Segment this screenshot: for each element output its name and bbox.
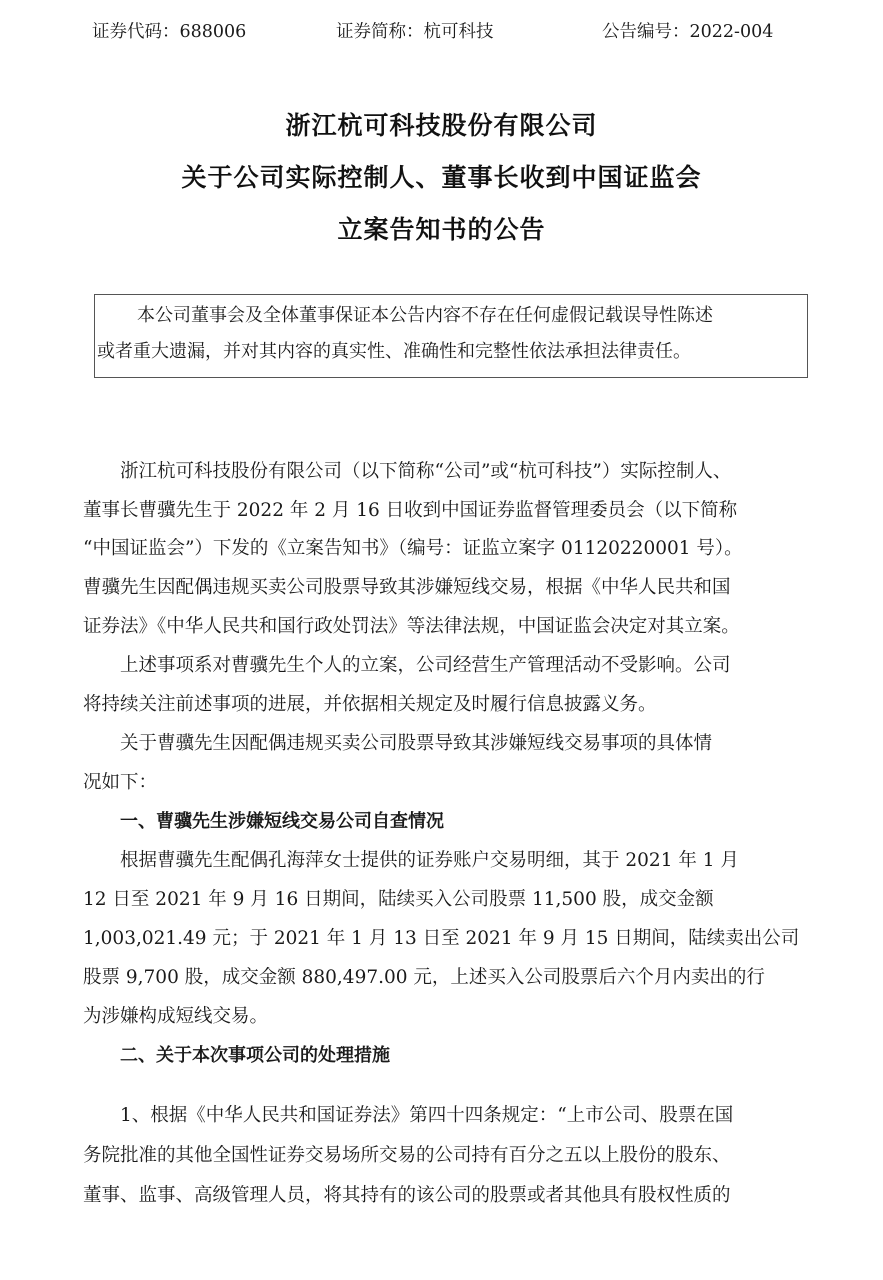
body-line: 股票 9,700 股，成交金额 880,497.00 元，上述买入公司股票后六个…	[83, 962, 765, 994]
section-heading-2: 二、关于本次事项公司的处理措施	[120, 1040, 390, 1072]
body-line: 根据曹骥先生配偶孔海萍女士提供的证券账户交易明细，其于 2021 年 1 月	[120, 845, 739, 877]
title-line-2: 关于公司实际控制人、董事长收到中国证监会	[0, 161, 883, 195]
body-line: 曹骥先生因配偶违规买卖公司股票导致其涉嫌短线交易，根据《中华人民共和国	[83, 572, 731, 604]
body-line: 上述事项系对曹骥先生个人的立案，公司经营生产管理活动不受影响。公司	[120, 650, 731, 682]
title-line-1: 浙江杭可科技股份有限公司	[0, 109, 883, 143]
title-line-3: 立案告知书的公告	[0, 213, 883, 247]
body-line: 董事、监事、高级管理人员，将其持有的该公司的股票或者其他具有股权性质的	[83, 1180, 731, 1212]
body-line: 1、根据《中华人民共和国证券法》第四十四条规定：“上市公司、股票在国	[120, 1100, 733, 1132]
body-line: 1,003,021.49 元；于 2021 年 1 月 13 日至 2021 年…	[83, 923, 799, 955]
stock-code: 证券代码：688006	[92, 17, 246, 47]
body-line: 董事长曹骥先生于 2022 年 2 月 16 日收到中国证券监督管理委员会（以下…	[83, 495, 737, 527]
disclaimer-line-1: 本公司董事会及全体董事保证本公告内容不存在任何虚假记载误导性陈述	[137, 299, 713, 333]
section-heading-1: 一、曹骥先生涉嫌短线交易公司自查情况	[120, 806, 444, 838]
body-line: 关于曹骥先生因配偶违规买卖公司股票导致其涉嫌短线交易事项的具体情	[120, 728, 712, 760]
stock-abbreviation: 证券简称：杭可科技	[336, 17, 494, 47]
body-line: “中国证监会”）下发的《立案告知书》（编号：证监立案字 01120220001 …	[83, 533, 743, 565]
body-line: 12 日至 2021 年 9 月 16 日期间，陆续买入公司股票 11,500 …	[83, 884, 714, 916]
document-header: 证券代码：688006 证券简称：杭可科技 公告编号：2022-004	[0, 17, 883, 47]
body-line: 务院批准的其他全国性证券交易场所交易的公司持有百分之五以上股份的股东、	[83, 1140, 731, 1172]
body-line: 证券法》《中华人民共和国行政处罚法》等法律法规，中国证监会决定对其立案。	[83, 611, 740, 643]
body-line: 为涉嫌构成短线交易。	[83, 1001, 268, 1033]
body-line: 浙江杭可科技股份有限公司（以下简称“公司”或“杭可科技”）实际控制人、	[120, 456, 731, 488]
body-line: 将持续关注前述事项的进展，并依据相关规定及时履行信息披露义务。	[83, 689, 657, 721]
announcement-number: 公告编号：2022-004	[602, 17, 773, 47]
disclaimer-box: 本公司董事会及全体董事保证本公告内容不存在任何虚假记载误导性陈述 或者重大遗漏，…	[94, 294, 808, 378]
disclaimer-line-2: 或者重大遗漏，并对其内容的真实性、准确性和完整性依法承担法律责任。	[97, 335, 691, 369]
body-line: 况如下：	[83, 767, 157, 799]
